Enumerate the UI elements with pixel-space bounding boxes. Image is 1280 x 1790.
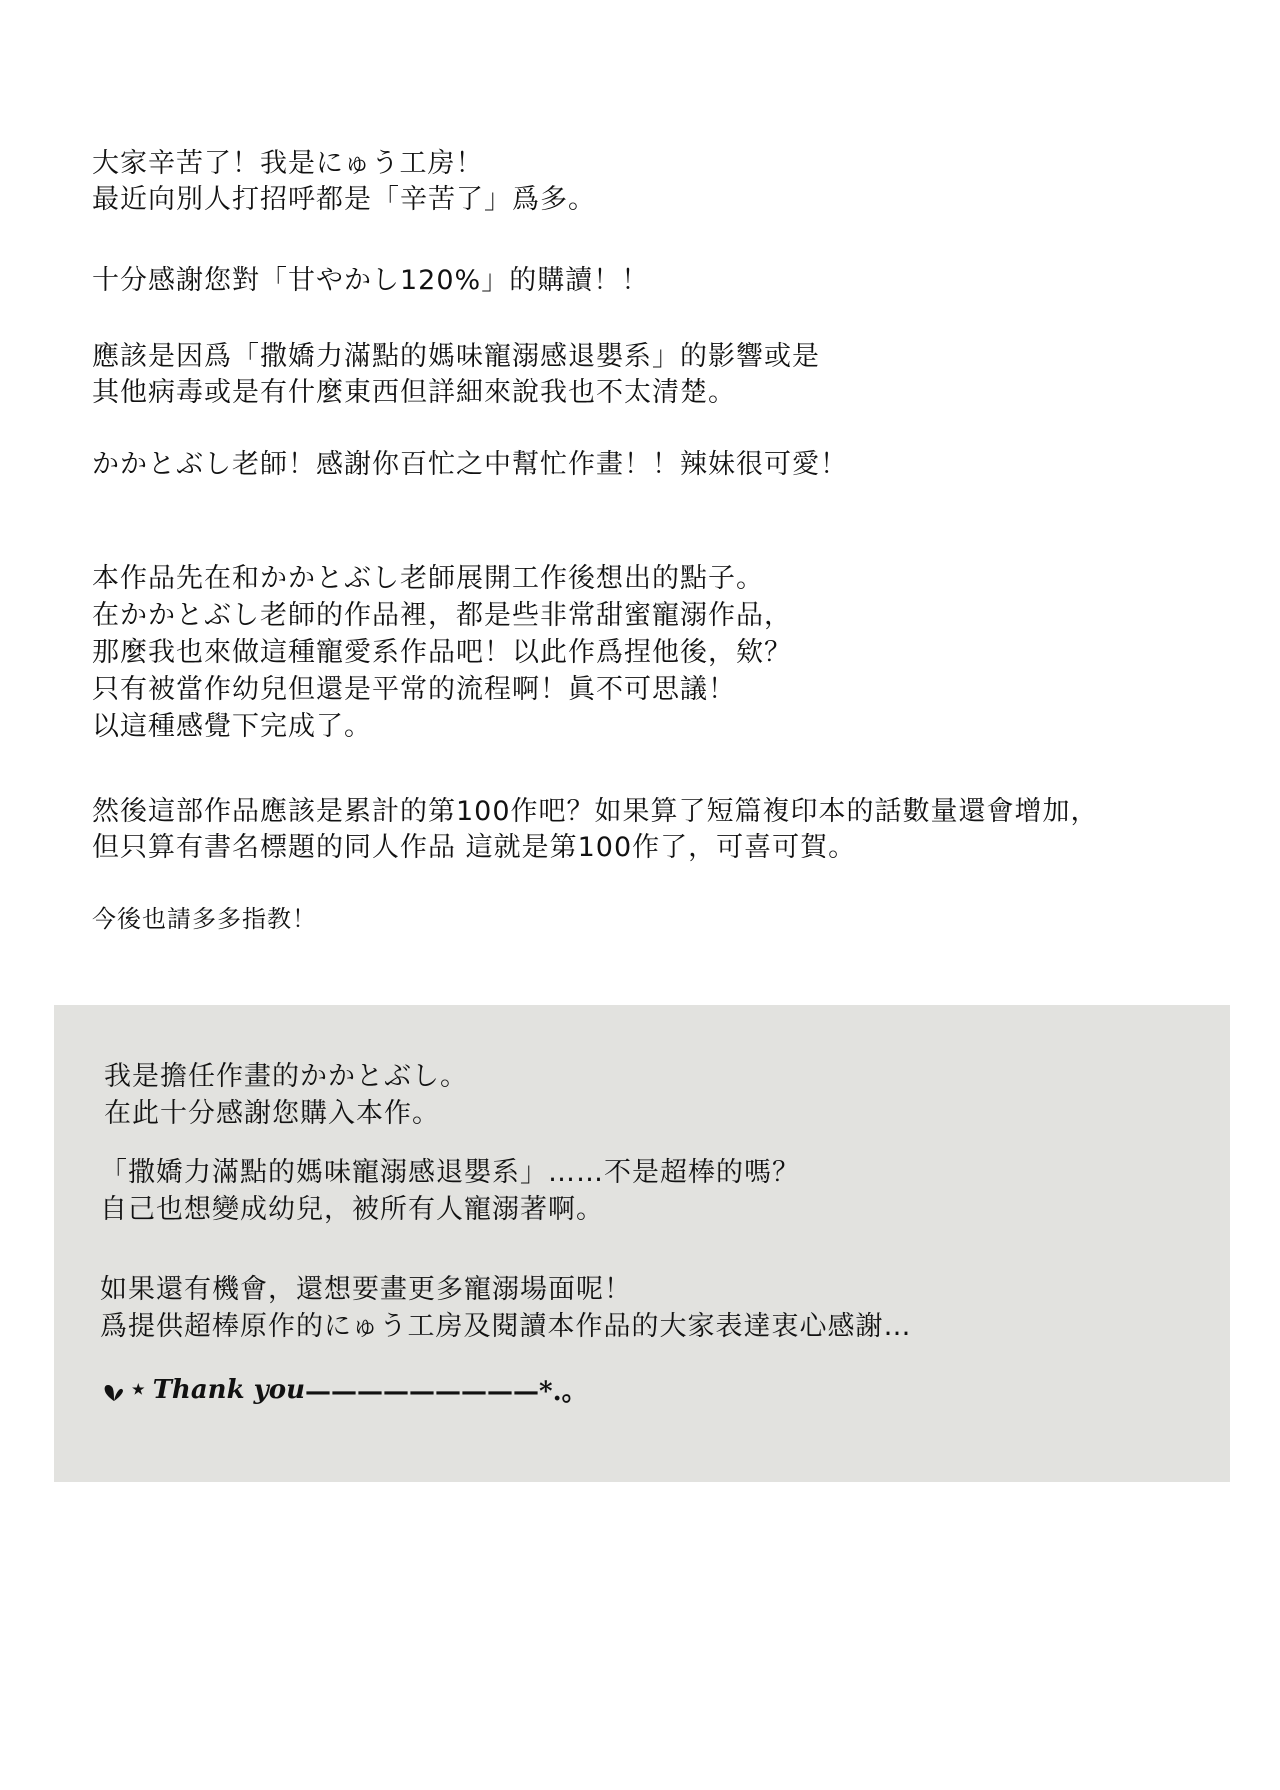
text-line: 那麼我也來做這種寵愛系作品吧！以此作爲捏他後，欸？ bbox=[92, 634, 792, 671]
text-line: 大家辛苦了！我是にゅう工房！ bbox=[92, 146, 596, 182]
closing-paragraph: 今後也請多多指教！ bbox=[92, 903, 317, 935]
thank-you-text: Thank you bbox=[153, 1375, 305, 1405]
greeting-paragraph: 大家辛苦了！我是にゅう工房！ 最近向別人打招呼都是「辛苦了」爲多。 bbox=[92, 146, 596, 218]
text-line: 「撒嬌力滿點的媽味寵溺感退嬰系」……不是超棒的嗎？ bbox=[100, 1154, 800, 1191]
text-line: 十分感謝您對「甘やかし120%」的購讀！！ bbox=[92, 263, 649, 299]
text-line: 在此十分感謝您購入本作。 bbox=[104, 1095, 468, 1132]
afterword-page: 大家辛苦了！我是にゅう工房！ 最近向別人打招呼都是「辛苦了」爲多。 十分感謝您對… bbox=[0, 0, 1280, 1790]
star-icon: ★ bbox=[132, 1382, 145, 1398]
heart-icon bbox=[104, 1380, 124, 1400]
text-line: 我是擔任作畫的かかとぶし。 bbox=[104, 1058, 468, 1095]
thanks-paragraph: 十分感謝您對「甘やかし120%」的購讀！！ bbox=[92, 263, 649, 299]
artist-closing-paragraph: 如果還有機會，還想要畫更多寵溺場面呢！ 爲提供超棒原作的にゅう工房及閱讀本作品的… bbox=[100, 1271, 911, 1345]
text-line: 然後這部作品應該是累計的第100作吧？如果算了短篇複印本的話數量還會增加， bbox=[92, 794, 1099, 830]
text-line: 只有被當作幼兒但還是平常的流程啊！眞不可思議！ bbox=[92, 671, 792, 708]
text-line: 爲提供超棒原作的にゅう工房及閱讀本作品的大家表達衷心感謝… bbox=[100, 1308, 911, 1345]
text-line: 應該是因爲「撒嬌力滿點的媽味寵溺感退嬰系」的影響或是 bbox=[92, 339, 820, 375]
text-line: 但只算有書名標題的同人作品 這就是第100作了，可喜可賀。 bbox=[92, 830, 1099, 866]
text-line: 在かかとぶし老師的作品裡，都是些非常甜蜜寵溺作品， bbox=[92, 597, 792, 634]
artist-intro-paragraph: 我是擔任作畫的かかとぶし。 在此十分感謝您購入本作。 bbox=[104, 1058, 468, 1132]
artist-thanks-paragraph: かかとぶし老師！感謝你百忙之中幫忙作畫！！辣妹很可愛！ bbox=[92, 447, 848, 483]
artist-opinion-paragraph: 「撒嬌力滿點的媽味寵溺感退嬰系」……不是超棒的嗎？ 自己也想變成幼兒，被所有人寵… bbox=[100, 1154, 800, 1228]
thank-you-tail: —————————*.。 bbox=[305, 1371, 588, 1408]
thank-you-signoff: ★ Thank you —————————*.。 bbox=[104, 1371, 588, 1408]
text-line: 自己也想變成幼兒，被所有人寵溺著啊。 bbox=[100, 1191, 800, 1228]
text-line: かかとぶし老師！感謝你百忙之中幫忙作畫！！辣妹很可愛！ bbox=[92, 447, 848, 483]
text-line: 以這種感覺下完成了。 bbox=[92, 708, 792, 745]
text-line: 最近向別人打招呼都是「辛苦了」爲多。 bbox=[92, 182, 596, 218]
text-line: 今後也請多多指教！ bbox=[92, 903, 317, 935]
text-line: 本作品先在和かかとぶし老師展開工作後想出的點子。 bbox=[92, 560, 792, 597]
text-line: 其他病毒或是有什麼東西但詳細來說我也不太清楚。 bbox=[92, 375, 820, 411]
text-line: 如果還有機會，還想要畫更多寵溺場面呢！ bbox=[100, 1271, 911, 1308]
milestone-paragraph: 然後這部作品應該是累計的第100作吧？如果算了短篇複印本的話數量還會增加， 但只… bbox=[92, 794, 1099, 866]
concept-paragraph: 本作品先在和かかとぶし老師展開工作後想出的點子。 在かかとぶし老師的作品裡，都是… bbox=[92, 560, 792, 745]
influence-paragraph: 應該是因爲「撒嬌力滿點的媽味寵溺感退嬰系」的影響或是 其他病毒或是有什麼東西但詳… bbox=[92, 339, 820, 411]
artist-note-panel: 我是擔任作畫的かかとぶし。 在此十分感謝您購入本作。 「撒嬌力滿點的媽味寵溺感退… bbox=[54, 1005, 1230, 1482]
